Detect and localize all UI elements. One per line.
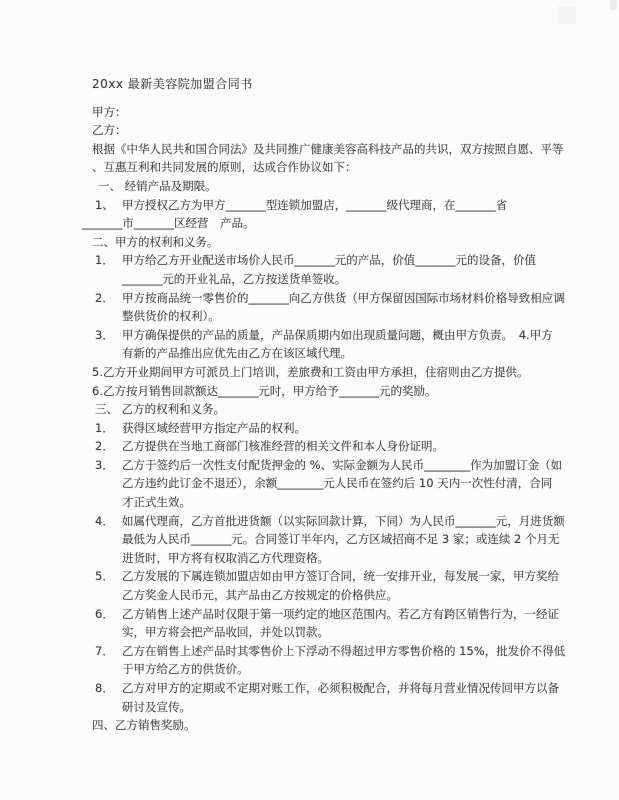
contract-line: 研讨及宣传。 (122, 698, 574, 717)
contract-line: 一、 经销产品及期限。 (98, 177, 574, 196)
line-text: 甲方给乙方开业配送市场价人民币_______元的产品，价值_______元的设备… (122, 253, 536, 267)
line-text: 研讨及宣传。 (122, 700, 191, 714)
contract-item-line: 6．乙方销售上述产品时仅限于第一项约定的地区范围内。若乙方有跨区销售行为，一经证 (95, 605, 574, 624)
contract-line: 乙方奖金人民币元，其产品由乙方按规定的价格供应。 (122, 586, 574, 605)
contract-line: 乙方： (92, 121, 574, 140)
contract-line: 进货时，甲方将有权取消乙方代理资格。 (122, 549, 574, 568)
document-content: 20xx 最新美容院加盟合同书 甲方：乙方：根据《中华人民共和国合同法》及共同推… (92, 75, 574, 735)
item-number: 1． (95, 251, 122, 270)
contract-line: 才正式生效。 (122, 493, 574, 512)
contract-item-line: 5．乙方发展的下属连锁加盟店如由甲方签订合同，统一安排开业，每发展一家，甲方奖给 (95, 567, 574, 586)
contract-line: 三、 乙方的权利和义务。 (95, 400, 574, 419)
contract-line: 四、乙方销售奖励。 (92, 716, 574, 735)
line-text: 5.乙方开业期间甲方可派员上门培训，差旅费和工资由甲方承担，住宿则由乙方提供。 (92, 365, 528, 379)
contract-item-line: 7．乙方在销售上述产品时其零售价上下浮动不得超过甲方零售价格的 15%，批发价不… (95, 642, 574, 661)
item-number: 3． (95, 456, 122, 475)
line-text: 乙方奖金人民币元，其产品由乙方按规定的价格供应。 (122, 588, 398, 602)
item-number: 1． (95, 419, 122, 438)
line-text: 四、乙方销售奖励。 (92, 718, 196, 732)
scan-artifact (610, 0, 617, 10)
item-number: 2． (95, 437, 122, 456)
contract-item-line: 1、甲方授权乙方为甲方_______型连锁加盟店，_______级代理商，在__… (95, 196, 574, 215)
line-text: 才正式生效。 (122, 495, 191, 509)
contract-line: 最低为人民币_______元。合同签订半年内，乙方区域招商不足 3 家；或连续 … (122, 530, 574, 549)
contract-line: 于甲方给乙方的供货价。 (122, 660, 574, 679)
contract-line: 实，甲方将会把产品收回，并处以罚款。 (122, 623, 574, 642)
line-text: 有新的产品推出应优先由乙方在该区域代理。 (122, 346, 352, 360)
line-text: 乙方提供在当地工商部门核准经营的相关文件和本人身份证明。 (122, 439, 444, 453)
item-number: 2． (95, 289, 122, 308)
item-number: 1、 (95, 196, 122, 215)
item-number: 3． (95, 326, 122, 345)
line-text: 于甲方给乙方的供货价。 (122, 662, 249, 676)
contract-item-line: 1．获得区域经营甲方指定产品的权利。 (95, 419, 574, 438)
line-text: 乙方在销售上述产品时其零售价上下浮动不得超过甲方零售价格的 15%，批发价不得低 (122, 644, 565, 658)
contract-item-line: 3．甲方确保提供的产品的质量，产品保质期内如出现质量问题，概由甲方负责。 4.甲… (95, 326, 574, 345)
line-text: 甲方确保提供的产品的质量，产品保质期内如出现质量问题，概由甲方负责。 4.甲方 (122, 328, 553, 342)
line-text: 乙方销售上述产品时仅限于第一项约定的地区范围内。若乙方有跨区销售行为，一经证 (122, 607, 559, 621)
line-text: 乙方违约此订金不退还），余额________元人民币在签约后 10 天内一次性付… (122, 476, 552, 490)
contract-line: _______市_______区经营 产品。 (82, 214, 574, 233)
contract-line: 二、甲方的权利和义务。 (92, 233, 574, 252)
contract-line: 6.乙方按月销售回款额达_______元时，甲方给予_______元的奖励。 (92, 382, 574, 401)
contract-line: 、互惠互利和共同发展的原则，达成合作协议如下： (92, 158, 574, 177)
line-text: 甲方授权乙方为甲方_______型连锁加盟店，_______级代理商，在____… (122, 198, 507, 212)
line-text: 进货时，甲方将有权取消乙方代理资格。 (122, 551, 329, 565)
line-text: 乙方于签约后一次性支付配货押金的 %、实际金额为人民币________作为加盟订… (122, 458, 562, 472)
item-number: 6． (95, 605, 122, 624)
line-text: 三、 乙方的权利和义务。 (95, 402, 225, 416)
line-text: 、互惠互利和共同发展的原则，达成合作协议如下： (92, 160, 357, 174)
line-text: 整供货价的权利）。 (122, 309, 220, 323)
item-number: 5． (95, 567, 122, 586)
contract-item-line: 8．乙方对甲方的定期或不定期对账工作，必须积极配合，并将每月营业情况传回甲方以备 (95, 679, 574, 698)
contract-line: 5.乙方开业期间甲方可派员上门培训，差旅费和工资由甲方承担，住宿则由乙方提供。 (92, 363, 574, 382)
item-number: 8． (95, 679, 122, 698)
item-number: 4． (95, 512, 122, 531)
contract-line: 甲方： (92, 103, 574, 122)
document-body: 甲方：乙方：根据《中华人民共和国合同法》及共同推广健康美容高科技产品的共识，双方… (92, 103, 574, 735)
line-text: 最低为人民币_______元。合同签订半年内，乙方区域招商不足 3 家；或连续 … (122, 532, 560, 546)
contract-line: 根据《中华人民共和国合同法》及共同推广健康美容高科技产品的共识，双方按照自愿、平… (92, 140, 574, 159)
document-title: 20xx 最新美容院加盟合同书 (92, 75, 574, 94)
contract-line: _______元的开业礼品，乙方按送货单签收。 (122, 270, 574, 289)
line-text: 6.乙方按月销售回款额达_______元时，甲方给予_______元的奖励。 (92, 384, 436, 398)
contract-line: 整供货价的权利）。 (122, 307, 574, 326)
contract-item-line: 1．甲方给乙方开业配送市场价人民币_______元的产品，价值_______元的… (95, 251, 574, 270)
scan-artifact (558, 6, 576, 24)
scanned-contract-page: 20xx 最新美容院加盟合同书 甲方：乙方：根据《中华人民共和国合同法》及共同推… (0, 0, 619, 800)
contract-line: 有新的产品推出应优先由乙方在该区域代理。 (122, 344, 574, 363)
line-text: 实，甲方将会把产品收回，并处以罚款。 (122, 625, 329, 639)
line-text: 二、甲方的权利和义务。 (92, 235, 219, 249)
contract-item-line: 2．甲方按商品统一零售价的_______向乙方供货（甲方保留因国际市场材料价格导… (95, 289, 574, 308)
line-text: _______元的开业礼品，乙方按送货单签收。 (122, 272, 346, 286)
line-text: 一、 经销产品及期限。 (98, 179, 217, 193)
contract-item-line: 3．乙方于签约后一次性支付配货押金的 %、实际金额为人民币________作为加… (95, 456, 574, 475)
line-text: 甲方按商品统一零售价的_______向乙方供货（甲方保留因国际市场材料价格导致相… (122, 291, 565, 305)
line-text: 如属代理商，乙方首批进货额（以实际回款计算，下同）为人民币_______元，月进… (122, 514, 565, 528)
line-text: 乙方对甲方的定期或不定期对账工作，必须积极配合，并将每月营业情况传回甲方以备 (122, 681, 559, 695)
line-text: 乙方： (92, 123, 127, 137)
line-text: 乙方发展的下属连锁加盟店如由甲方签订合同，统一安排开业，每发展一家，甲方奖给 (122, 569, 559, 583)
contract-line: 乙方违约此订金不退还），余额________元人民币在签约后 10 天内一次性付… (122, 474, 574, 493)
contract-item-line: 4．如属代理商，乙方首批进货额（以实际回款计算，下同）为人民币_______元，… (95, 512, 574, 531)
line-text: 甲方： (92, 105, 127, 119)
line-text: 根据《中华人民共和国合同法》及共同推广健康美容高科技产品的共识，双方按照自愿、平… (92, 142, 564, 156)
line-text: _______市_______区经营 产品。 (82, 216, 255, 230)
contract-item-line: 2．乙方提供在当地工商部门核准经营的相关文件和本人身份证明。 (95, 437, 574, 456)
line-text: 获得区域经营甲方指定产品的权利。 (122, 421, 306, 435)
item-number: 7． (95, 642, 122, 661)
